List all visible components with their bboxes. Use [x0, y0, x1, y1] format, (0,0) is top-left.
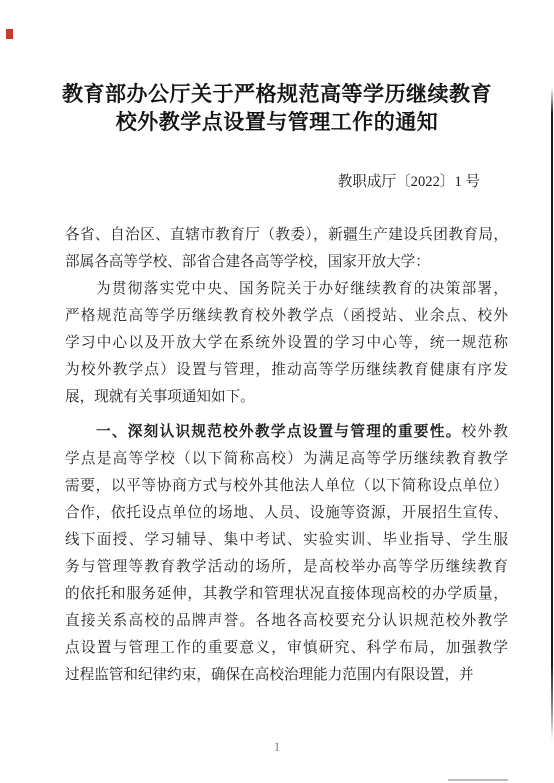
body-line: 过程监管和纪律约束，确保在高校治理能力范围内有限设置，并 — [65, 662, 508, 689]
body-run: 务与管理等教育教学活动的场所，是高校举办高等学历继续教育 — [65, 559, 508, 575]
body-run-bold: 一、深刻认识规范校外教学点设置与管理的重要性。 — [96, 424, 462, 440]
scan-edge-right — [551, 88, 553, 740]
body-line: 线下面授、学习辅导、集中考试、实验实训、毕业指导、学生服 — [65, 527, 508, 554]
body-run: 为校外教学点）设置与管理，推动高等学历继续教育健康有序发 — [65, 362, 508, 378]
scan-edge-bottom — [448, 779, 508, 781]
body-line: 学点是高等学校（以下简称高校）为满足高等学历继续教育教学 — [65, 446, 508, 473]
body-line: 需要，以平等协商方式与校外其他法人单位（以下简称设点单位） — [65, 473, 508, 500]
body-run: 的依托和服务延伸，其教学和管理状况直接体现高校的办学质量， — [65, 586, 508, 602]
body-run: 展，现就有关事项通知如下。 — [65, 389, 255, 405]
page-number: 1 — [0, 739, 554, 755]
body-line: 一、深刻认识规范校外教学点设置与管理的重要性。校外教 — [65, 419, 508, 446]
body-run: 学点是高等学校（以下简称高校）为满足高等学历继续教育教学 — [65, 451, 508, 467]
document-number: 教职成厅〔2022〕1 号 — [338, 170, 480, 191]
body-run: 过程监管和纪律约束，确保在高校治理能力范围内有限设置，并 — [65, 667, 474, 683]
body-run: 线下面授、学习辅导、集中考试、实验实训、毕业指导、学生服 — [65, 532, 508, 548]
body-run: 为贯彻落实党中央、国务院关于办好继续教育的决策部署， — [96, 281, 508, 297]
body-run: 需要，以平等协商方式与校外其他法人单位（以下简称设点单位） — [65, 478, 508, 494]
body-line: 合作，依托设点单位的场地、人员、设施等资源，开展招生宣传、 — [65, 500, 508, 527]
body-run: 部属各高等学校、部省合建各高等学校，国家开放大学： — [65, 254, 430, 270]
body-line: 点设置与管理工作的重要意义，审慎研究、科学布局，加强教学 — [65, 635, 508, 662]
body-line: 直接关系高校的品牌声誉。各地各高校要充分认识规范校外教学 — [65, 608, 508, 635]
body-line: 学习中心以及开放大学在系统外设置的学习中心等，统一规范称 — [65, 330, 508, 357]
body-run: 点设置与管理工作的重要意义，审慎研究、科学布局，加强教学 — [65, 640, 508, 656]
body-text: 各省、自治区、直辖市教育厅（教委），新疆生产建设兵团教育局，部属各高等学校、部省… — [65, 222, 508, 689]
red-scan-artifact — [6, 29, 13, 39]
title-line-2: 校外教学点设置与管理工作的通知 — [40, 108, 514, 136]
body-run: 合作，依托设点单位的场地、人员、设施等资源，开展招生宣传、 — [65, 505, 508, 521]
body-run: 校外教 — [462, 424, 508, 440]
body-line: 严格规范高等学历继续教育校外教学点（函授站、业余点、校外 — [65, 303, 508, 330]
body-run: 直接关系高校的品牌声誉。各地各高校要充分认识规范校外教学 — [65, 613, 508, 629]
body-line: 部属各高等学校、部省合建各高等学校，国家开放大学： — [65, 249, 508, 276]
body-run: 各省、自治区、直辖市教育厅（教委），新疆生产建设兵团教育局， — [65, 227, 508, 243]
document-title: 教育部办公厅关于严格规范高等学历继续教育 校外教学点设置与管理工作的通知 — [40, 80, 514, 136]
body-run: 学习中心以及开放大学在系统外设置的学习中心等，统一规范称 — [65, 335, 508, 351]
body-line: 各省、自治区、直辖市教育厅（教委），新疆生产建设兵团教育局， — [65, 222, 508, 249]
body-line: 为贯彻落实党中央、国务院关于办好继续教育的决策部署， — [65, 276, 508, 303]
body-line: 展，现就有关事项通知如下。 — [65, 384, 508, 411]
body-line: 的依托和服务延伸，其教学和管理状况直接体现高校的办学质量， — [65, 581, 508, 608]
document-page: 教育部办公厅关于严格规范高等学历继续教育 校外教学点设置与管理工作的通知 教职成… — [0, 0, 554, 783]
title-line-1: 教育部办公厅关于严格规范高等学历继续教育 — [40, 80, 514, 108]
body-line: 为校外教学点）设置与管理，推动高等学历继续教育健康有序发 — [65, 357, 508, 384]
body-line: 务与管理等教育教学活动的场所，是高校举办高等学历继续教育 — [65, 554, 508, 581]
body-run: 严格规范高等学历继续教育校外教学点（函授站、业余点、校外 — [65, 308, 508, 324]
